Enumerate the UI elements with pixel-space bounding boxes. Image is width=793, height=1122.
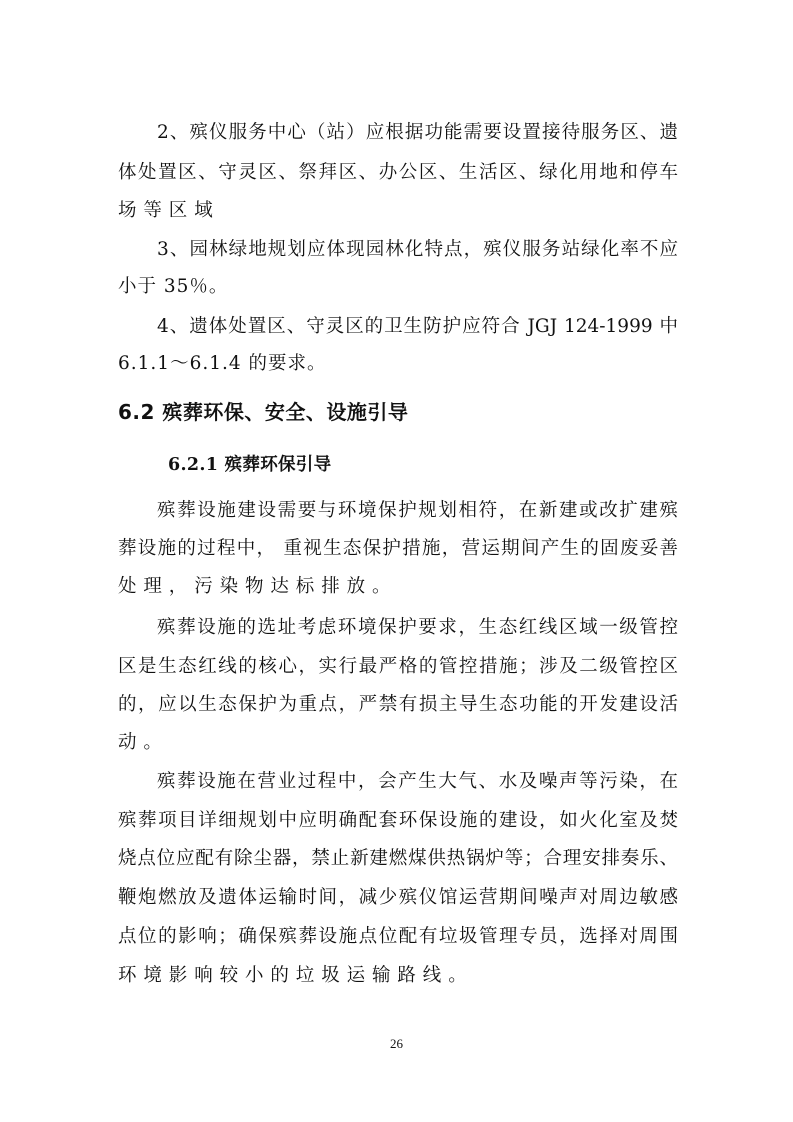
text-line: 4、遗体处置区、守灵区的卫生防护应符合 JGJ 124-1999 中 — [157, 315, 678, 339]
text-line: 场等区域 — [118, 199, 678, 223]
document-page: 2、殡仪服务中心（站）应根据功能需要设置接待服务区、遗 体处置区、守灵区、祭拜区… — [0, 0, 793, 1122]
text-line: 点位的影响；确保殡葬设施点位配有垃圾管理专员，选择对周围 — [118, 925, 678, 949]
text-line: 区是生态红线的核心，实行最严格的管控措施；涉及二级管控区 — [118, 655, 678, 679]
text-line: 殡葬设施在营业过程中，会产生大气、水及噪声等污染，在 — [157, 770, 678, 794]
text-line: 2、殡仪服务中心（站）应根据功能需要设置接待服务区、遗 — [157, 121, 678, 145]
text-line: 小于 35％。 — [118, 275, 678, 299]
text-line: 的，应以生态保护为重点，严禁有损主导生态功能的开发建设活 — [118, 693, 678, 717]
text-line: 殡葬设施建设需要与环境保护规划相符，在新建或改扩建殡 — [157, 499, 678, 523]
text-line: 体处置区、守灵区、祭拜区、办公区、生活区、绿化用地和停车 — [118, 161, 678, 185]
text-line: 动。 — [118, 731, 678, 755]
text-line: 鞭炮燃放及遗体运输时间，减少殡仪馆运营期间噪声对周边敏感 — [118, 886, 678, 910]
section-heading: 6.2 殡葬环保、安全、设施引导 — [118, 398, 408, 426]
text-line: 3、园林绿地规划应体现园林化特点，殡仪服务站绿化率不应 — [157, 238, 678, 262]
text-line: 殡葬设施的选址考虑环境保护要求，生态红线区域一级管控 — [157, 616, 678, 640]
text-line: 烧点位应配有除尘器，禁止新建燃煤供热锅炉等；合理安排奏乐、 — [118, 847, 678, 871]
text-line: 6.1.1～6.1.4 的要求。 — [118, 352, 678, 376]
text-line: 葬设施的过程中， 重视生态保护措施，营运期间产生的固废妥善 — [118, 537, 678, 561]
subsection-heading: 6.2.1 殡葬环保引导 — [168, 452, 331, 478]
text-line: 殡葬项目详细规划中应明确配套环保设施的建设，如火化室及焚 — [118, 809, 678, 833]
text-line: 处理，污染物达标排放。 — [118, 575, 678, 599]
text-line: 环境影响较小的垃圾运输路线。 — [118, 964, 678, 988]
page-number: 26 — [0, 1036, 793, 1052]
